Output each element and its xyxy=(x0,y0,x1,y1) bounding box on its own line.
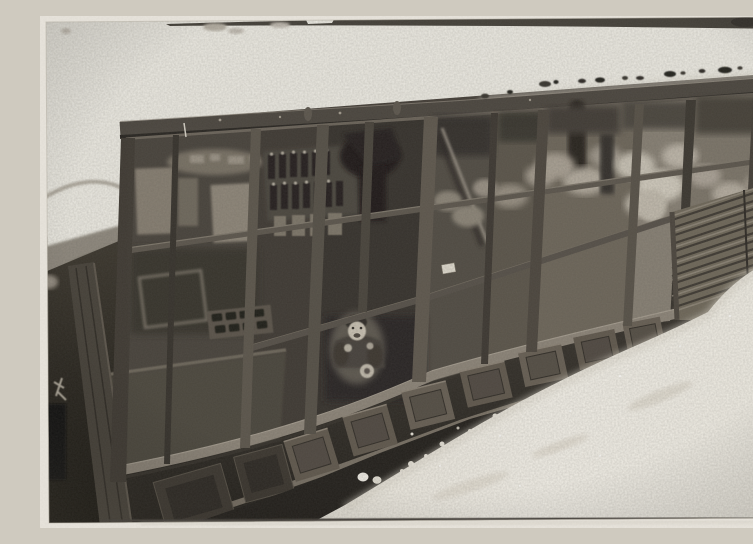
photo-print: Black-and-white winter photograph of a w… xyxy=(40,16,753,528)
paper-texture xyxy=(40,16,753,528)
photo-canvas xyxy=(40,16,753,528)
